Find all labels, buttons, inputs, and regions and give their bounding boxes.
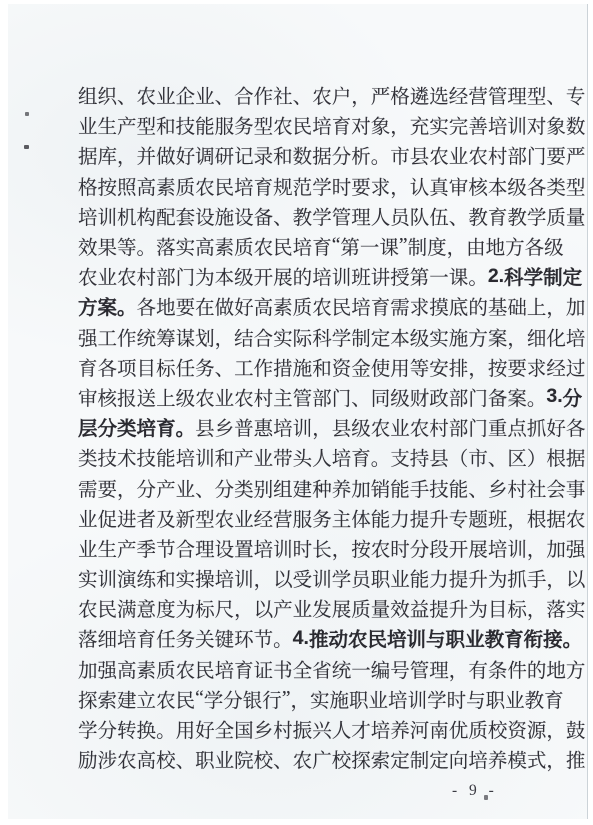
text-line: 培训机构配套设施设备、教学管理人员队伍、教育教学质量 xyxy=(78,201,522,231)
page-number: - 9 - xyxy=(452,782,498,800)
text-line: 学分转换。用好全国乡村振兴人才培养河南优质校资源，鼓 xyxy=(78,714,522,744)
text-line: 落细培育任务关键环节。4.推动农民培训与职业教育衔接。 xyxy=(78,623,522,653)
text-line: 实训演练和实操培训，以受训学员职业能力提升为抓手，以 xyxy=(78,563,522,593)
text-line: 强工作统筹谋划，结合实际科学制定本级实施方案，细化培 xyxy=(78,322,522,352)
text-line: 需要，分产业、分类别组建种养加销能手技能、乡村社会事 xyxy=(78,472,522,502)
text-line: 类技术技能培训和产业带头人培育。支持县（市、区）根据 xyxy=(78,442,522,472)
text-line: 方案。各地要在做好高素质农民培育需求摸底的基础上，加 xyxy=(78,291,522,321)
text-line: 据库，并做好调研记录和数据分析。市县农业农村部门要严 xyxy=(78,140,522,170)
text-line: 效果等。落实高素质农民培育“第一课”制度，由地方各级 xyxy=(78,231,522,261)
text-line: 组织、农业企业、合作社、农户，严格遴选经营管理型、专 xyxy=(78,80,522,110)
ink-dot-mark xyxy=(24,145,29,149)
text-line: 层分类培育。县乡普惠培训，县级农业农村部门重点抓好各 xyxy=(78,412,522,442)
text-line: 农民满意度为标尺，以产业发展质量效益提升为目标，落实 xyxy=(78,593,522,623)
text-line: 业生产型和技能服务型农民培育对象，充实完善培训对象数 xyxy=(78,110,522,140)
scanned-document-page: 组织、农业企业、合作社、农户，严格遴选经营管理型、专业生产型和技能服务型农民培育… xyxy=(0,0,593,825)
text-line: 格按照高素质农民培育规范学时要求，认真审核本级各类型 xyxy=(78,171,522,201)
text-line: 审核报送上级农业农村主管部门、同级财政部门备案。3.分 xyxy=(78,382,522,412)
text-line: 业生产季节合理设置培训时长，按农时分段开展培训，加强 xyxy=(78,533,522,563)
text-line: 探索建立农民“学分银行”，实施职业培训学时与职业教育 xyxy=(78,684,522,714)
text-line: 育各项目标任务、工作措施和资金使用等安排，按要求经过 xyxy=(78,352,522,382)
text-line: 业促进者及新型农业经营服务主体能力提升专题班，根据农 xyxy=(78,503,522,533)
scan-speck xyxy=(484,795,488,800)
text-line: 农业农村部门为本级开展的培训班讲授第一课。2.科学制定 xyxy=(78,261,522,291)
text-line: 励涉农高校、职业院校、农广校探索定制定向培养模式，推 xyxy=(78,744,522,774)
document-text: 组织、农业企业、合作社、农户，严格遴选经营管理型、专业生产型和技能服务型农民培育… xyxy=(78,80,522,774)
ink-dot-mark xyxy=(25,112,29,116)
text-line: 加强高素质农民培育证书全省统一编号管理，有条件的地方 xyxy=(78,654,522,684)
